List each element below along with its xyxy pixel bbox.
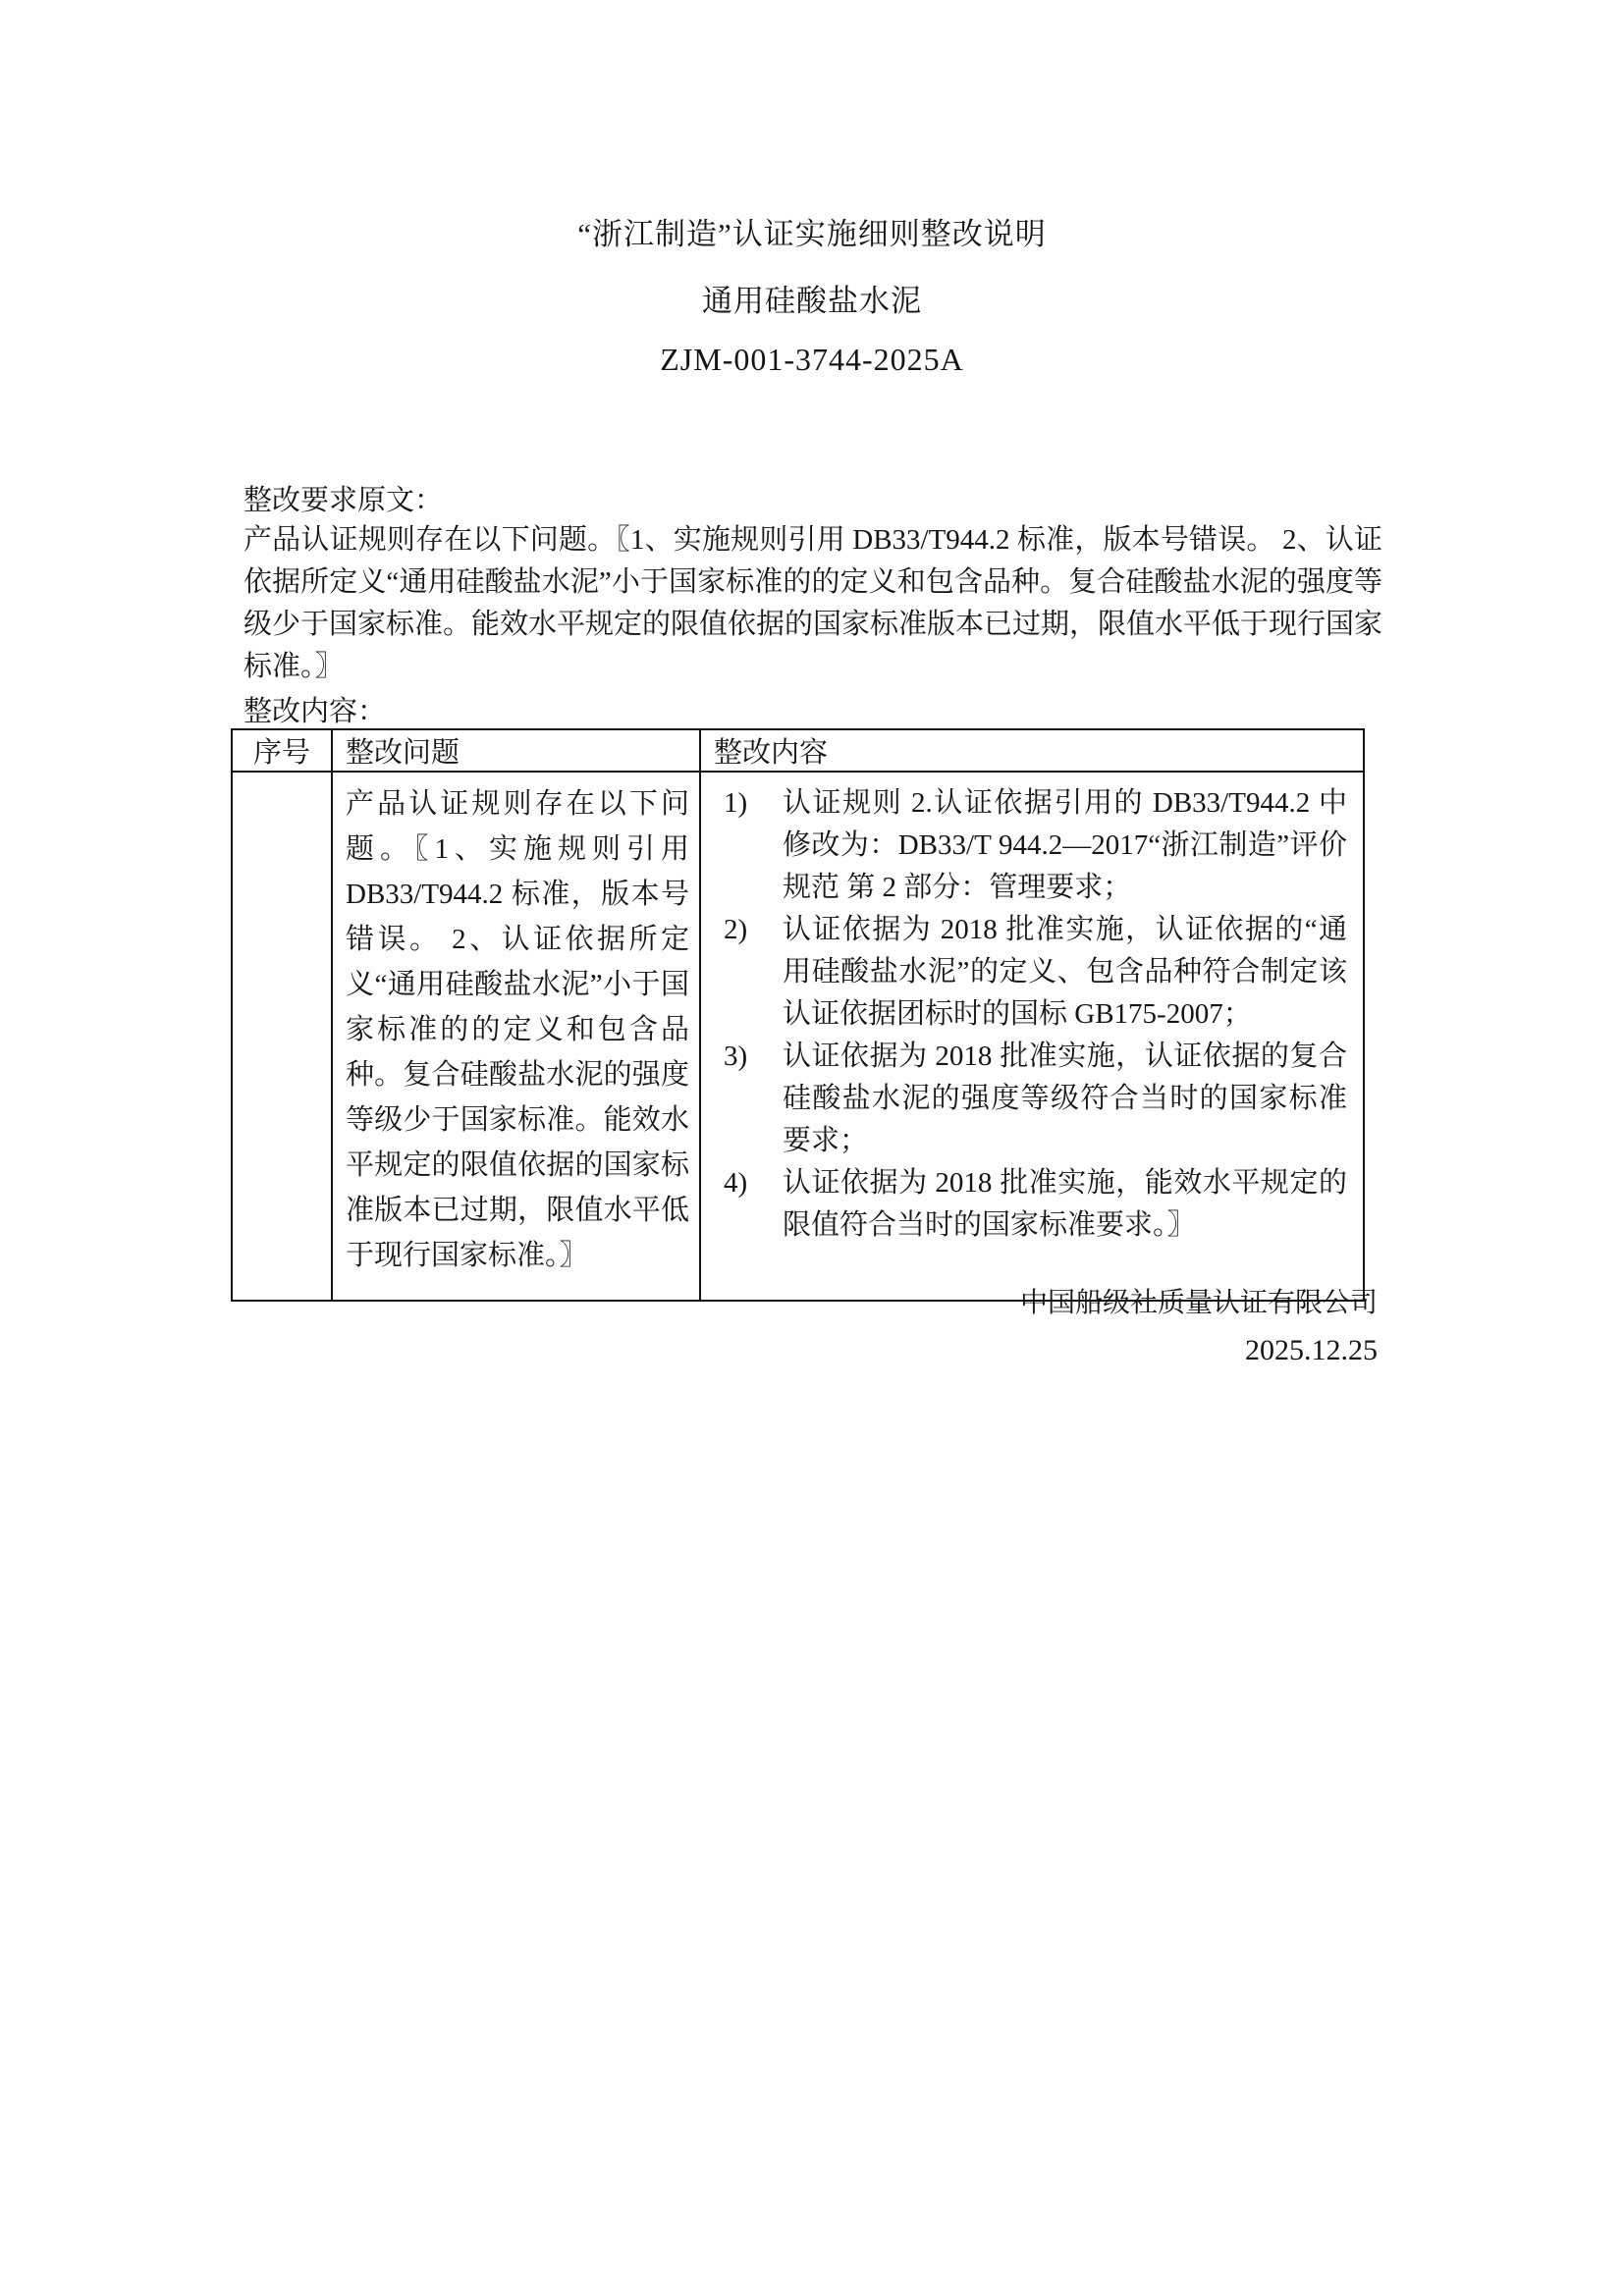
item-text: 认证依据为 2018 批准实施，认证依据的“通用硅酸盐水泥”的定义、包含品种符合… xyxy=(783,909,1347,1036)
page-title: “浙江制造”认证实施细则整改说明 xyxy=(0,209,1624,253)
rectification-content-label: 整改内容： xyxy=(244,689,386,729)
requirement-original-paragraph: 产品认证规则存在以下问题。〖1、实施规则引用 DB33/T944.2 标准，版本… xyxy=(244,519,1382,688)
content-cell: 1) 认证规则 2.认证依据引用的 DB33/T944.2 中修改为：DB33/… xyxy=(700,772,1364,1301)
item-text: 认证规则 2.认证依据引用的 DB33/T944.2 中修改为：DB33/T 9… xyxy=(783,782,1347,909)
footer-date: 2025.12.25 xyxy=(1020,1335,1378,1366)
item-number: 1) xyxy=(701,782,783,825)
footer-company: 中国船级社质量认证有限公司 xyxy=(1020,1287,1378,1320)
list-item: 1) 认证规则 2.认证依据引用的 DB33/T944.2 中修改为：DB33/… xyxy=(701,782,1347,909)
item-number: 3) xyxy=(701,1036,783,1078)
list-item: 4) 认证依据为 2018 批准实施，能效水平规定的限值符合当时的国家标准要求。… xyxy=(701,1162,1347,1247)
seq-cell xyxy=(232,772,332,1301)
table-row: 产品认证规则存在以下问题。〖1、实施规则引用 DB33/T944.2 标准，版本… xyxy=(232,772,1364,1301)
item-text: 认证依据为 2018 批准实施，认证依据的复合硅酸盐水泥的强度等级符合当时的国家… xyxy=(783,1036,1347,1162)
item-text: 认证依据为 2018 批准实施，能效水平规定的限值符合当时的国家标准要求。〗 xyxy=(783,1162,1347,1247)
problem-cell: 产品认证规则存在以下问题。〖1、实施规则引用 DB33/T944.2 标准，版本… xyxy=(332,772,700,1301)
table-header-content: 整改内容 xyxy=(700,729,1364,772)
document-page: “浙江制造”认证实施细则整改说明 通用硅酸盐水泥 ZJM-001-3744-20… xyxy=(0,0,1624,2296)
item-number: 4) xyxy=(701,1162,783,1204)
item-number: 2) xyxy=(701,909,783,951)
list-item: 3) 认证依据为 2018 批准实施，认证依据的复合硅酸盐水泥的强度等级符合当时… xyxy=(701,1036,1347,1162)
doc-subtitle: 通用硅酸盐水泥 xyxy=(0,276,1624,320)
requirement-original-label: 整改要求原文： xyxy=(244,478,443,518)
table-header-seq: 序号 xyxy=(232,729,332,772)
table-header-problem: 整改问题 xyxy=(332,729,700,772)
signature-block: 中国船级社质量认证有限公司 2025.12.25 xyxy=(1020,1287,1378,1366)
rectification-table: 序号 整改问题 整改内容 产品认证规则存在以下问题。〖1、实施规则引用 DB33… xyxy=(231,728,1365,1302)
doc-code: ZJM-001-3744-2025A xyxy=(0,342,1624,378)
table-header-row: 序号 整改问题 整改内容 xyxy=(232,729,1364,772)
list-item: 2) 认证依据为 2018 批准实施，认证依据的“通用硅酸盐水泥”的定义、包含品… xyxy=(701,909,1347,1036)
